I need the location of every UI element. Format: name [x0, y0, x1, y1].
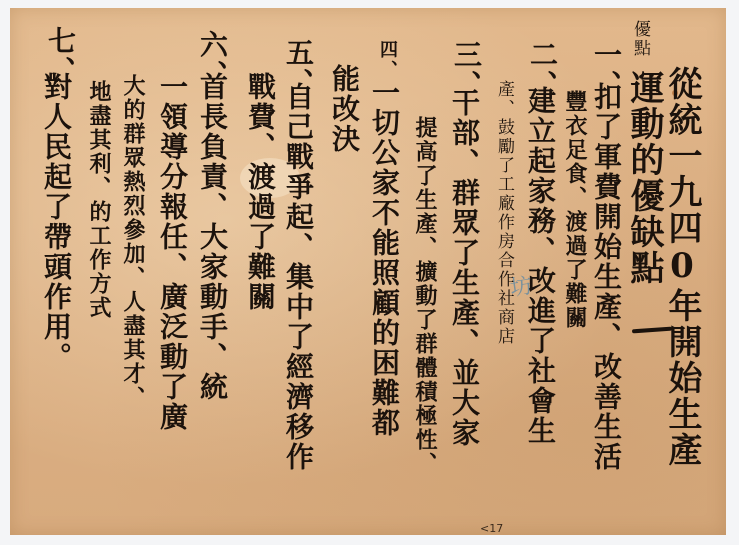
column-14-text: 一領導分報任、廣泛動了廣 [156, 72, 188, 432]
column-2-heading: 運動的優缺點 [624, 70, 664, 286]
column-7-text: 干部、群眾了生產、並大家 [448, 88, 480, 448]
column-3-text: 扣了軍費開始生產、改善生活 [590, 82, 622, 472]
column-8-text: 提高了生產、擴動了群體積極性、 [412, 116, 438, 476]
column-2-annotation: 優點 [630, 20, 650, 58]
column-1-title-line: 從統一九四0年開始生產 [662, 66, 702, 468]
column-9-number: 四、 [374, 40, 400, 80]
column-13-text: 首長負責、大家動手、統 [196, 72, 228, 402]
column-4-text: 豐衣足食、渡過了難關 [562, 90, 588, 330]
blue-annotation-mark: 坊 [508, 269, 534, 303]
column-16-text: 地盡其利、的工作方式 [86, 80, 112, 320]
column-12-text: 戰費、渡過了難關 [244, 72, 276, 312]
column-10-text: 能改決 [328, 64, 360, 154]
column-6-text: 產、鼓勵了工廠作房合作社商店 [494, 80, 514, 346]
page-number-marker: <17 [480, 522, 503, 535]
column-17-text: 對人民起了帶頭作用。 [40, 72, 72, 372]
column-9-text: 一切公家不能照顧的困難都 [368, 78, 400, 438]
column-5-text: 建立起家務、改進了社會生 [524, 86, 556, 446]
manuscript-paper: 從統一九四0年開始生產 優點 運動的優缺點 一、 扣了軍費開始生產、改善生活 豐… [10, 8, 726, 535]
column-15-text: 大的群眾熱烈參加、人盡其才、 [120, 74, 146, 410]
column-11-text: 自己戰爭起、集中了經濟移作 [282, 82, 314, 472]
